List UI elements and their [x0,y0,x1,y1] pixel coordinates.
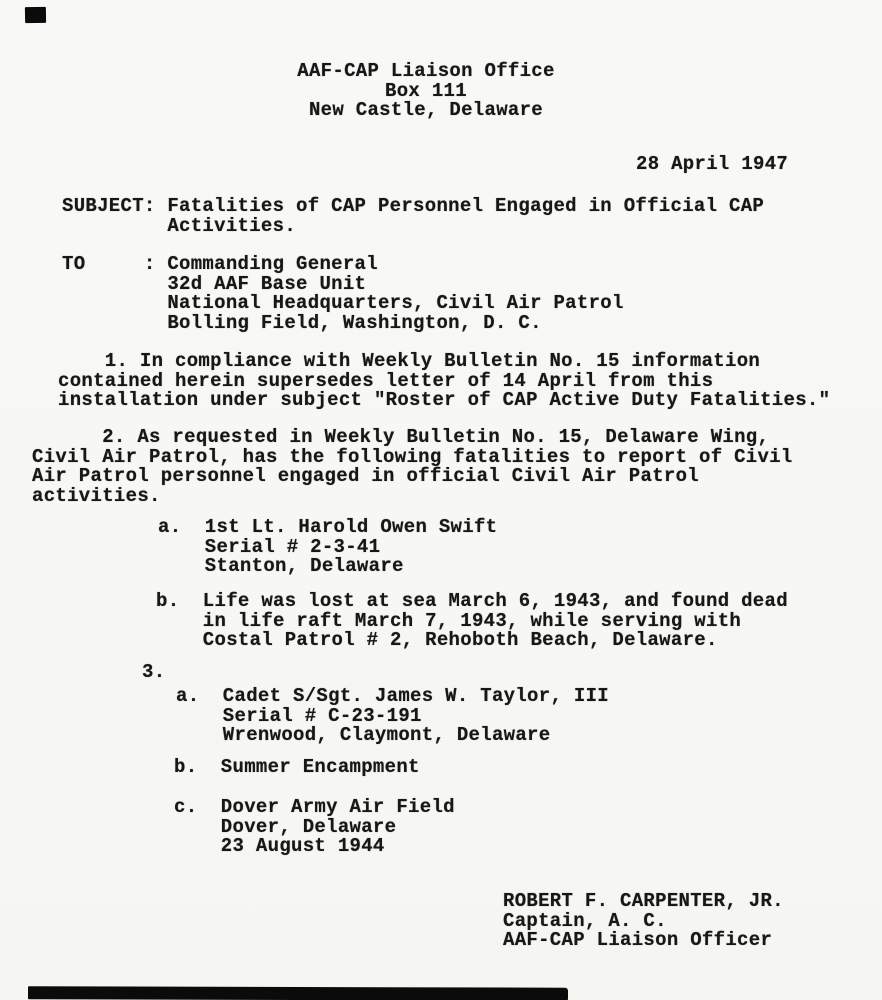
paragraph-3-number: 3. [142,663,165,683]
subject-block: SUBJECT: Fatalities of CAP Personnel Eng… [62,197,764,236]
item-3b: b. Summer Encampment [174,758,420,778]
item-2a: a. 1st Lt. Harold Owen Swift Serial # 2-… [158,518,497,577]
scan-mark-bottom-edge [28,986,568,1000]
item-3c: c. Dover Army Air Field Dover, Delaware … [174,798,455,857]
scan-mark-top-left [25,7,46,23]
item-3a: a. Cadet S/Sgt. James W. Taylor, III Ser… [176,687,609,746]
paragraph-1: 1. In compliance with Weekly Bulletin No… [58,352,830,411]
paragraph-2: 2. As requested in Weekly Bulletin No. 1… [32,428,793,506]
to-block: TO : Commanding General 32d AAF Base Uni… [62,255,624,333]
signature-block: ROBERT F. CARPENTER, JR. Captain, A. C. … [503,892,784,951]
letterhead: AAF-CAP Liaison Office Box 111 New Castl… [0,62,867,121]
item-2b: b. Life was lost at sea March 6, 1943, a… [156,592,788,651]
date-line: 28 April 1947 [636,155,788,175]
document-page: AAF-CAP Liaison Office Box 111 New Castl… [0,0,882,1000]
